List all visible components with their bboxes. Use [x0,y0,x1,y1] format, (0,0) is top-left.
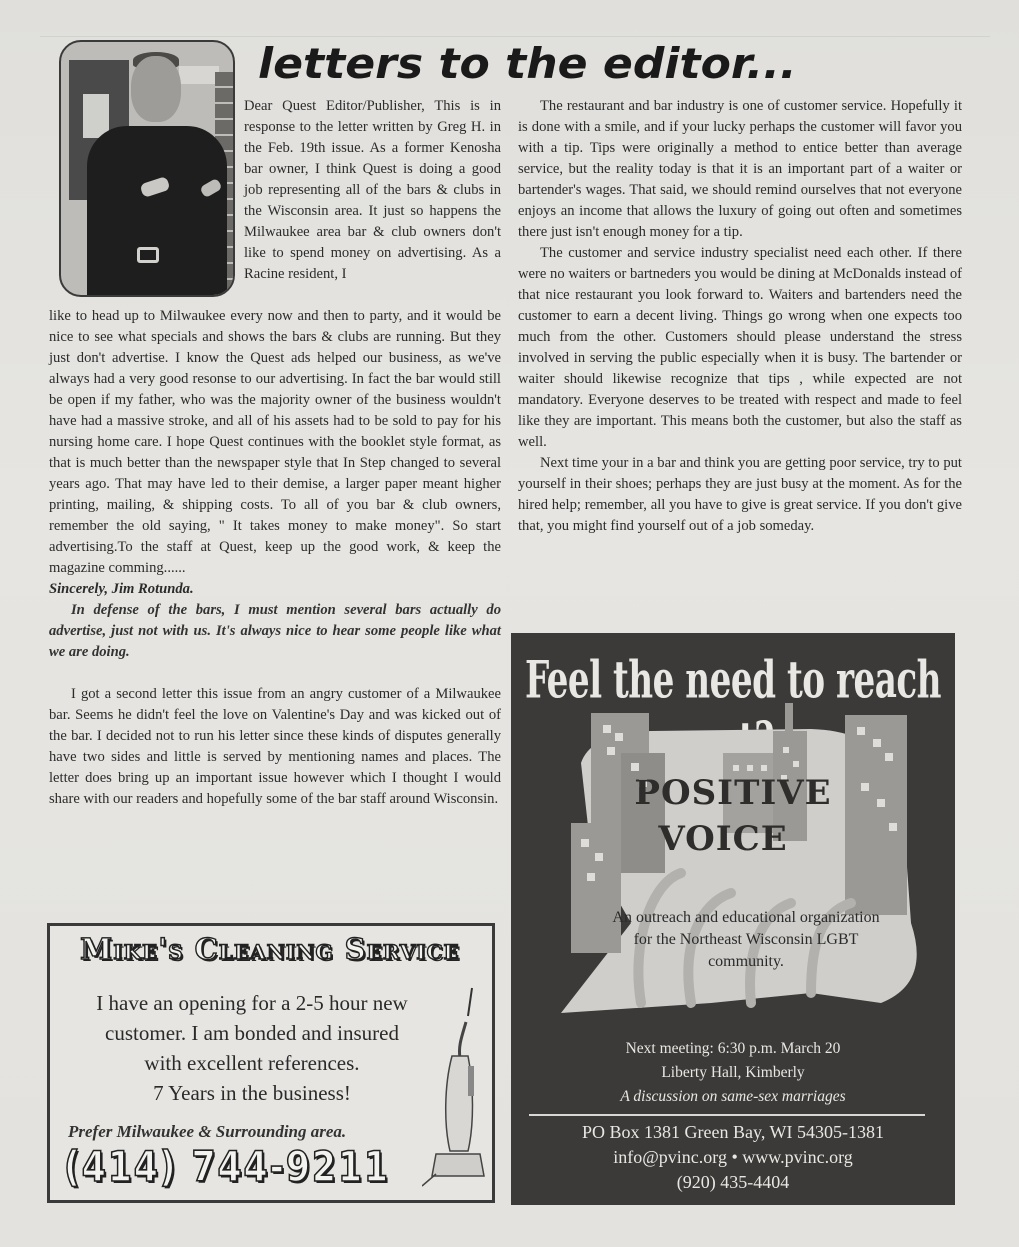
vacuum-cleaner-icon [422,986,492,1196]
second-letter-note: I got a second letter this issue from an… [49,684,501,810]
website-link[interactable]: www.pvinc.org [742,1147,853,1167]
organization-name-line2: VOICE [511,819,945,859]
ad-body-line: customer. I am bonded and insured [62,1018,442,1048]
divider [529,1114,925,1116]
meeting-topic: A discussion on same-sex marriages [511,1085,955,1109]
article-paragraph: The restaurant and bar industry is one o… [518,96,962,243]
letter-signature: Sincerely, Jim Rotunda. [49,579,501,600]
email-link[interactable]: info@pvinc.org [613,1147,727,1167]
ad-body-line: 7 Years in the business! [62,1078,442,1108]
ad-title: Mike's Cleaning Service [60,932,480,966]
positive-voice-ad: Feel the need to reach out? [511,633,955,1205]
bullet-separator: • [731,1147,737,1167]
ad-body-line: I have an opening for a 2-5 hour new [62,988,442,1018]
meeting-info: Next meeting: 6:30 p.m. March 20 Liberty… [511,1037,955,1109]
ad-body: I have an opening for a 2-5 hour new cus… [62,988,442,1108]
ad-area-preference: Prefer Milwaukee & Surrounding area. [68,1122,428,1142]
letter-intro: Dear Quest Editor/Publisher, This is in … [244,96,501,285]
letter-body: like to head up to Milwaukee every now a… [49,306,501,579]
bleed-through-line [40,36,990,37]
contact-info: PO Box 1381 Green Bay, WI 54305-1381 inf… [511,1120,955,1195]
mailing-address: PO Box 1381 Green Bay, WI 54305-1381 [511,1120,955,1145]
page-headline: letters to the editor... [258,40,888,88]
contact-phone: (920) 435-4404 [511,1170,955,1195]
organization-name-line1: POSITIVE [511,773,955,813]
cleaning-service-ad: Mike's Cleaning Service I have an openin… [47,923,495,1203]
left-column: like to head up to Milwaukee every now a… [49,306,501,810]
meeting-location: Liberty Hall, Kimberly [511,1061,955,1085]
organization-description: An outreach and educational organization… [611,907,881,973]
author-photo [59,40,235,297]
editor-note: In defense of the bars, I must mention s… [49,600,501,663]
magazine-page: letters to the editor... Dear Quest Edit… [0,0,1019,1247]
ad-body-line: with excellent references. [62,1048,442,1078]
article-paragraph: The customer and service industry specia… [518,243,962,453]
city-skyline-graphic [511,703,955,1023]
article-paragraph: Next time your in a bar and think you ar… [518,453,962,537]
right-column: The restaurant and bar industry is one o… [518,96,962,537]
ad-phone-number: (414) 744-9211 [64,1142,395,1191]
meeting-time: Next meeting: 6:30 p.m. March 20 [511,1037,955,1061]
email-web-line: info@pvinc.org • www.pvinc.org [511,1145,955,1170]
